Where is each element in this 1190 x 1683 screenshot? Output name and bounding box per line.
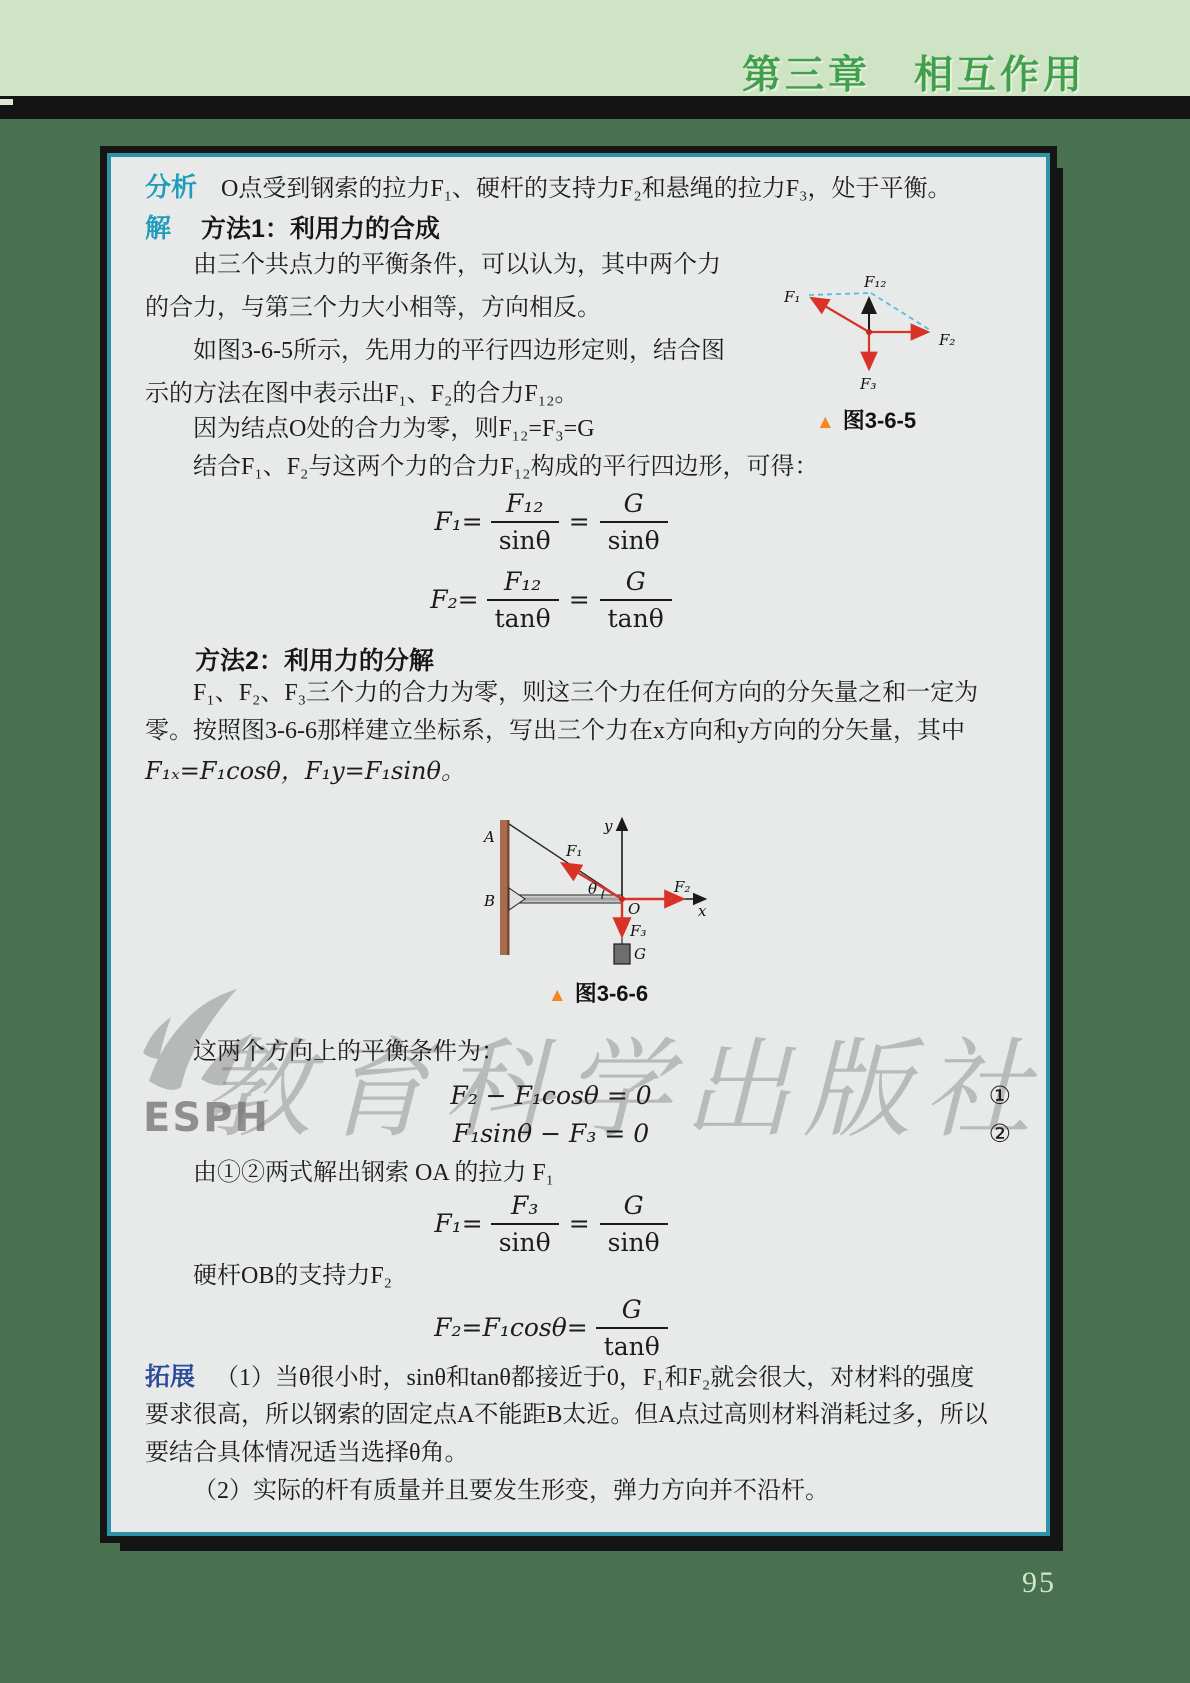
equation-1: F₂ − F₁cosθ = 0 <box>145 1081 957 1110</box>
point-a-label: A <box>482 828 495 846</box>
fraction: F₁₂sinθ <box>491 487 559 555</box>
figure-3-6-6: A B y x O θ F₁ F₂ F₃ G ▲图3-6-6 <box>448 798 748 1008</box>
f3-label: F₃ <box>859 375 876 393</box>
formula-lhs: F₂= <box>430 585 478 614</box>
theta-label: θ <box>588 880 597 898</box>
extension-line4: （2）实际的杆有质量并且要发生形变，弹力方向并不沿杆。 <box>145 1475 829 1507</box>
fraction: Gsinθ <box>600 1189 668 1257</box>
formula-lhs: F₁= <box>434 1209 482 1238</box>
weight-label: G <box>634 945 646 963</box>
figure-3-6-5-caption: ▲图3-6-5 <box>746 404 986 435</box>
content-card: ESPH 教育科学出版社 分析 O点受到钢索的拉力F₁、硬杆的支持力F₂和悬绳的… <box>107 153 1050 1536</box>
formula-f2-tan: F₂= F₁₂tanθ = Gtanθ <box>111 565 991 633</box>
analysis-line: 分析 O点受到钢索的拉力F₁、硬杆的支持力F₂和悬绳的拉力F₃，处于平衡。 <box>145 171 952 205</box>
formula-lhs: F₁= <box>434 507 482 536</box>
line-net-zero: 因为结点O处的合力为零，则F₁₂=F₃=G <box>145 413 595 445</box>
f3-label: F₃ <box>629 922 646 940</box>
equation-2-row: F₁sinθ − F₃ = 0 ② <box>145 1119 1017 1153</box>
figure-3-6-6-caption: ▲图3-6-6 <box>448 977 748 1008</box>
chapter-header: 第三章 相互作用 <box>742 44 1086 100</box>
formula-lhs: F₂=F₁cosθ= <box>434 1313 588 1342</box>
fraction: F₁₂tanθ <box>487 565 559 633</box>
rod-bracket <box>509 888 525 910</box>
card-content: ESPH 教育科学出版社 分析 O点受到钢索的拉力F₁、硬杆的支持力F₂和悬绳的… <box>111 157 1046 1532</box>
rod-OB <box>512 895 622 903</box>
extension-tag: 拓展 <box>145 1363 195 1391</box>
figure-3-6-5: F₁ F₁₂ F₂ F₃ ▲图3-6-5 <box>746 245 986 435</box>
formula-f1-result: F₁= F₃sinθ = Gsinθ <box>111 1189 991 1257</box>
method1-title: 方法1：利用力的合成 <box>201 215 440 243</box>
x-axis-label: x <box>698 902 707 920</box>
y-axis-label: y <box>603 817 613 835</box>
para2-line2: 零。按照图3-6-6那样建立坐标系，写出三个力在x方向和y方向的分矢量，其中 <box>145 715 965 747</box>
method1-line: 解 方法1：利用力的合成 <box>145 212 440 246</box>
fraction: Gtanθ <box>600 565 672 633</box>
parallelogram-dash-top <box>809 293 871 295</box>
parallelogram-dash-right <box>871 293 930 330</box>
f1-arrow <box>813 299 869 332</box>
extension-line1: 拓展 （1）当θ很小时，sinθ和tanθ都接近于0，F₁和F₂就会很大，对材料… <box>145 1361 974 1394</box>
equation-2: F₁sinθ − F₃ = 0 <box>145 1119 957 1148</box>
extension-line3: 要结合具体情况适当选择θ角。 <box>145 1437 469 1469</box>
analysis-tag: 分析 <box>145 172 197 202</box>
equation-1-row: F₂ − F₁cosθ = 0 ① <box>145 1081 1017 1115</box>
para2-line1: F₁、F₂、F₃三个力的合力为零，则这三个力在任何方向的分矢量之和一定为 <box>145 677 978 709</box>
origin-dot <box>866 329 872 335</box>
caption-triangle-icon: ▲ <box>816 412 835 433</box>
para1-line2: 的合力，与第三个力大小相等，方向相反。 <box>145 292 755 324</box>
method2-title: 方法2：利用力的分解 <box>195 641 434 677</box>
f1-label: F₁ <box>565 842 582 860</box>
formula-f1-sin: F₁= F₁₂sinθ = Gsinθ <box>111 487 991 555</box>
fraction: F₃sinθ <box>491 1189 559 1257</box>
header-divider-bar <box>0 96 1190 119</box>
caption-triangle-icon: ▲ <box>548 985 567 1006</box>
f1-label: F₁ <box>783 288 800 306</box>
para1-line4: 示的方法在图中表示出F₁、F₂的合力F₁₂。 <box>145 378 755 410</box>
page-number: 95 <box>1022 1566 1056 1600</box>
f12-label: F₁₂ <box>863 273 886 291</box>
formula-f2-result: F₂=F₁cosθ= Gtanθ <box>111 1293 991 1361</box>
para1-line3: 如图3-6-5所示，先用力的平行四边形定则，结合图 <box>145 335 755 367</box>
coordinate-decomposition-diagram: A B y x O θ F₁ F₂ F₃ G <box>448 798 748 968</box>
balance-line: 这两个方向上的平衡条件为： <box>145 1036 505 1068</box>
derive-line: 由①②两式解出钢索 OA 的拉力 F₁ <box>145 1157 554 1189</box>
point-b-label: B <box>483 892 495 910</box>
line-combine: 结合F₁、F₂与这两个力的合力F₁₂构成的平行四边形，可得： <box>145 451 819 483</box>
para1-line1: 由三个共点力的平衡条件，可以认为，其中两个力 <box>145 249 755 281</box>
weight-block <box>614 944 630 964</box>
origin-dot <box>619 896 625 902</box>
equation-2-number: ② <box>989 1119 1011 1148</box>
rod-line: 硬杆OB的支持力F₂ <box>145 1260 392 1292</box>
fraction: Gtanθ <box>596 1293 668 1361</box>
origin-label: O <box>628 900 640 918</box>
bar-left-notch <box>0 99 13 105</box>
equation-1-number: ① <box>989 1081 1011 1110</box>
force-parallelogram-diagram: F₁ F₁₂ F₂ F₃ <box>746 245 986 395</box>
extension-line2: 要求很高，所以钢索的固定点A不能距B太近。但A点过高则材料消耗过多，所以 <box>145 1399 988 1431</box>
analysis-text: O点受到钢索的拉力F₁、硬杆的支持力F₂和悬绳的拉力F₃，处于平衡。 <box>221 176 951 202</box>
f2-label: F₂ <box>938 331 955 349</box>
para2-line3: F₁ₓ=F₁cosθ，F₁y=F₁sinθ。 <box>145 755 465 787</box>
textbook-page: 第三章 相互作用 ESPH 教育科学出版社 分析 O点受到钢索的拉力F₁、硬杆的… <box>0 0 1190 1683</box>
f2-label: F₂ <box>673 878 690 896</box>
solve-tag: 解 <box>145 213 171 243</box>
fraction: Gsinθ <box>600 487 668 555</box>
